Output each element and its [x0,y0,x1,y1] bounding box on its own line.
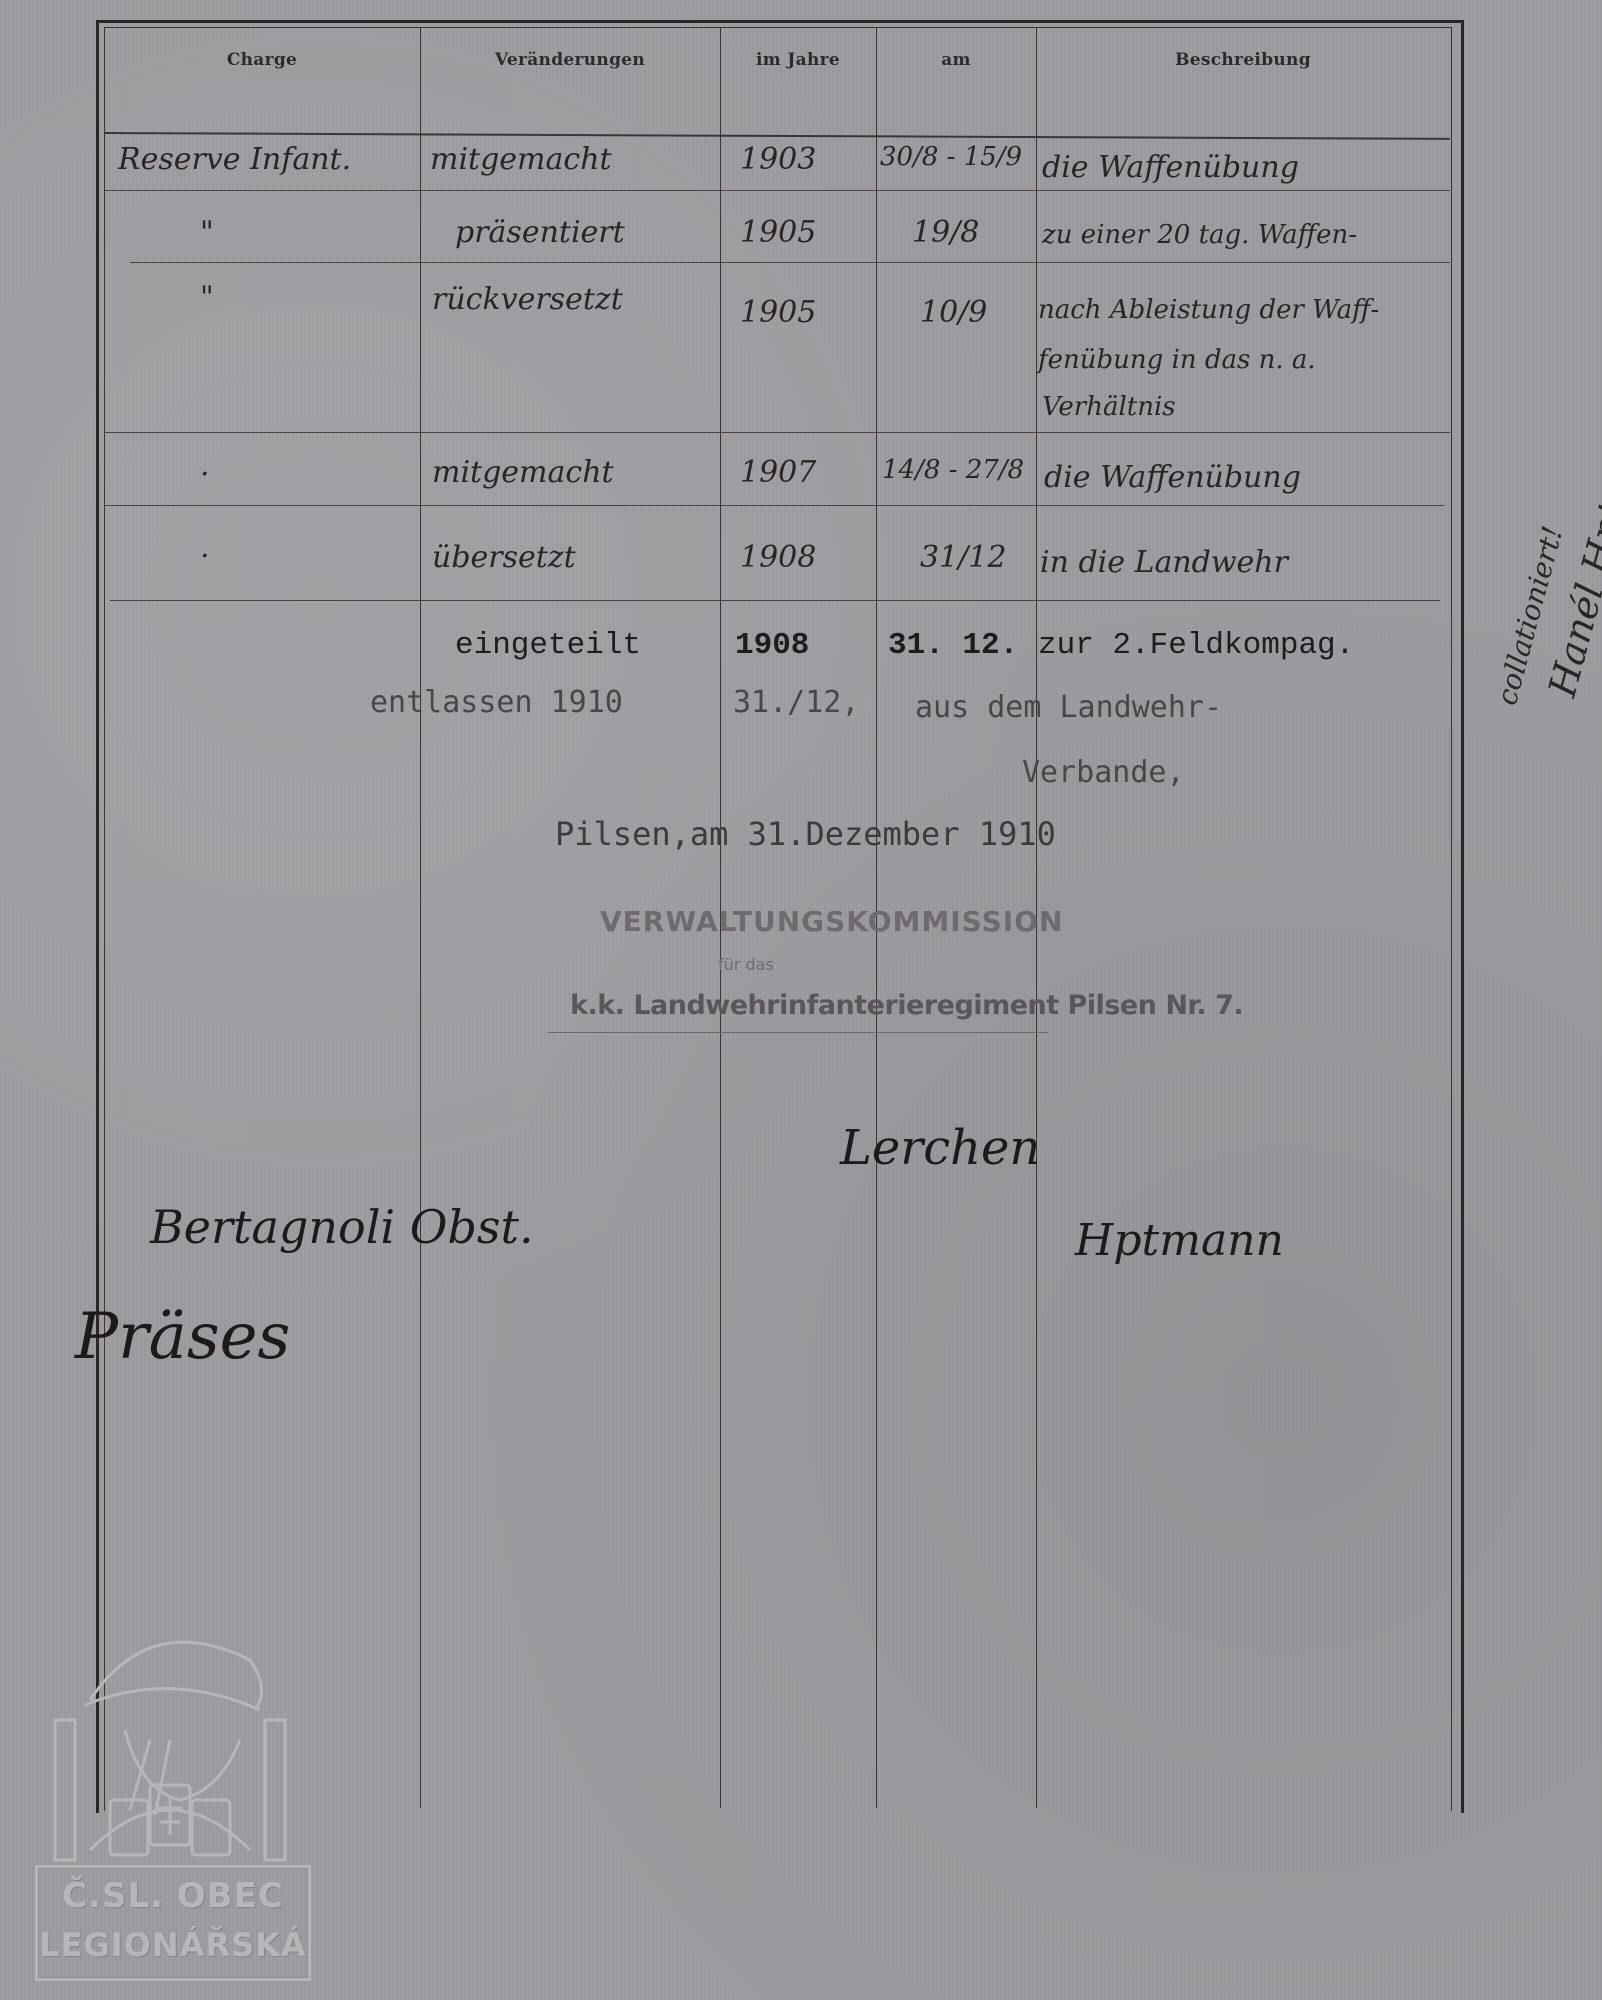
row1-charge: Reserve Infant. [118,142,351,177]
typed-change: eingeteilt [455,628,641,663]
signature-officer-rank: Hptmann [1075,1215,1284,1266]
row-divider [110,600,1440,601]
typed-description: zur 2.Feldkompag. [1038,628,1354,663]
legion-watermark: Č.SL. OBEC LEGIONÁŘSKÁ [30,1590,310,1980]
row2-date: 19/8 [912,215,979,250]
row1-description: die Waffenübung [1042,150,1299,185]
header-description: Beschreibung [1036,50,1450,90]
row4-year: 1907 [740,455,816,490]
office-stamp-line1: VERWALTUNGSKOMMISSION [600,905,1063,938]
watermark-line1: Č.SL. OBEC [38,1876,308,1916]
office-stamp-line3: k.k. Landwehrinfanterieregiment Pilsen N… [570,990,1243,1021]
row3-description-line1: nach Ableistung der Waff- [1038,295,1379,325]
typed-year: 1908 [735,628,809,663]
row-divider [104,505,1444,506]
row5-charge: . [200,530,210,565]
office-stamp-line2: für das [718,955,774,974]
watermark-label-box: Č.SL. OBEC LEGIONÁŘSKÁ [35,1865,311,1981]
discharge-stamp-line2: Verbande, [1022,755,1185,790]
header-charge: Charge [104,50,420,90]
row2-charge: " [200,215,214,250]
stamp-underline [548,1032,1048,1033]
row5-date: 31/12 [920,540,1006,575]
row4-charge: . [200,448,210,483]
row3-year: 1905 [740,295,816,330]
column-divider [420,28,421,1808]
header-changes: Veränderungen [420,50,720,90]
discharge-stamp-date: 31./12, [733,685,859,720]
discharge-stamp-left: entlassen 1910 [370,685,623,720]
header-year: im Jahre [720,50,876,90]
row1-change: mitgemacht [430,142,612,177]
row4-description: die Waffenübung [1044,460,1301,495]
row4-change: mitgemacht [432,455,614,490]
row5-description: in die Landwehr [1040,545,1288,580]
row2-description: zu einer 20 tag. Waffen- [1042,220,1357,250]
row1-date: 30/8 - 15/9 [880,142,1022,172]
row5-change: übersetzt [432,540,576,575]
row2-year: 1905 [740,215,816,250]
row-divider [130,262,1450,263]
row4-date: 14/8 - 27/8 [882,455,1024,485]
row3-description-line3: Verhältnis [1042,392,1176,422]
watermark-line2: LEGIONÁŘSKÁ [38,1926,308,1964]
typed-date: 31. 12. [888,628,1018,663]
row-divider [104,432,1450,433]
row1-year: 1903 [740,142,816,177]
header-date: am [876,50,1036,90]
row3-description-line2: fenübung in das n. a. [1038,345,1316,375]
discharge-stamp-right: aus dem Landwehr- [915,690,1222,725]
row3-change: rückversetzt [432,282,623,317]
row3-date: 10/9 [920,295,987,330]
row-divider [104,190,1450,191]
row3-charge: " [200,280,214,315]
signature-presiding: Bertagnoli Obst. [150,1200,534,1254]
row2-change: präsentiert [455,215,625,250]
place-date: Pilsen,am 31.Dezember 1910 [555,815,1056,853]
row5-year: 1908 [740,540,816,575]
soldier-emblem-icon [30,1590,310,1870]
label-praeses: Präses [75,1300,290,1374]
signature-officer: Lerchen [840,1120,1040,1176]
